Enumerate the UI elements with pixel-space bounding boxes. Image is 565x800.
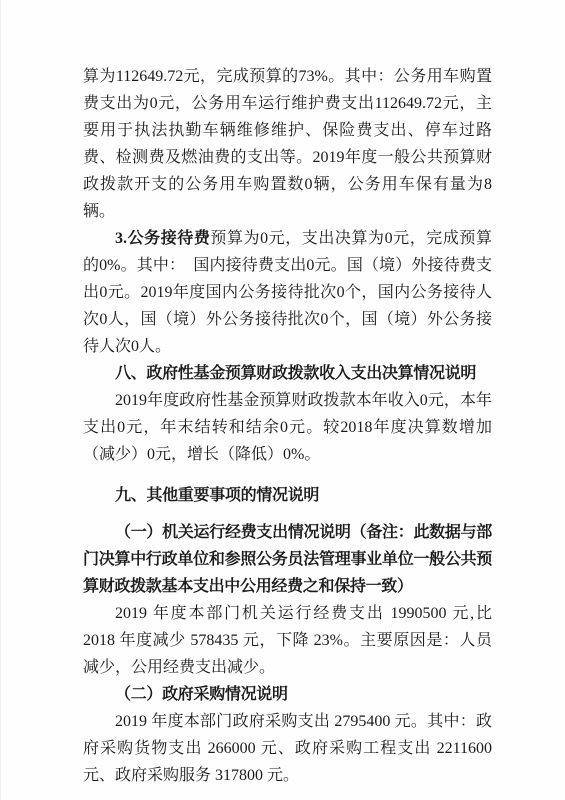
paragraph-government-funds-detail: 2019年度政府性基金预算财政拨款本年收入0元，本年支出0元，年末结转和结余0元… (83, 387, 492, 468)
heading-section-8-government-funds: 八、政府性基金预算财政拨款收入支出决算情况说明 (83, 360, 492, 387)
heading-section-9-other-important-matters: 九、其他重要事项的情况说明 (83, 482, 492, 509)
reception-fee-body-text: 预算为0元，支出决算为0元，完成预算的0%。其中： 国内接待费支出0元。国（境）… (83, 230, 492, 355)
paragraph-government-procurement-detail: 2019 年度本部门政府采购支出 2795400 元。其中：政府采购货物支出 2… (83, 708, 492, 789)
heading-sub2-government-procurement: （二）政府采购情况说明 (83, 681, 492, 708)
reception-fee-lead-label: 3.公务接待费 (115, 230, 210, 247)
paragraph-vehicle-expense-continuation: 算为112649.72元，完成预算的73%。其中：公务用车购置费支出为0元，公务… (83, 63, 492, 225)
paragraph-operating-expense-detail: 2019 年度本部门机关运行经费支出 1990500 元,比 2018 年度减少… (83, 600, 492, 681)
paragraph-official-reception: 3.公务接待费预算为0元，支出决算为0元，完成预算的0%。其中： 国内接待费支出… (83, 225, 492, 360)
document-page: 算为112649.72元，完成预算的73%。其中：公务用车购置费支出为0元，公务… (0, 0, 565, 800)
heading-sub1-operating-expense: （一）机关运行经费支出情况说明（备注：此数据与部门决算中行政单位和参照公务员法管… (83, 519, 492, 600)
